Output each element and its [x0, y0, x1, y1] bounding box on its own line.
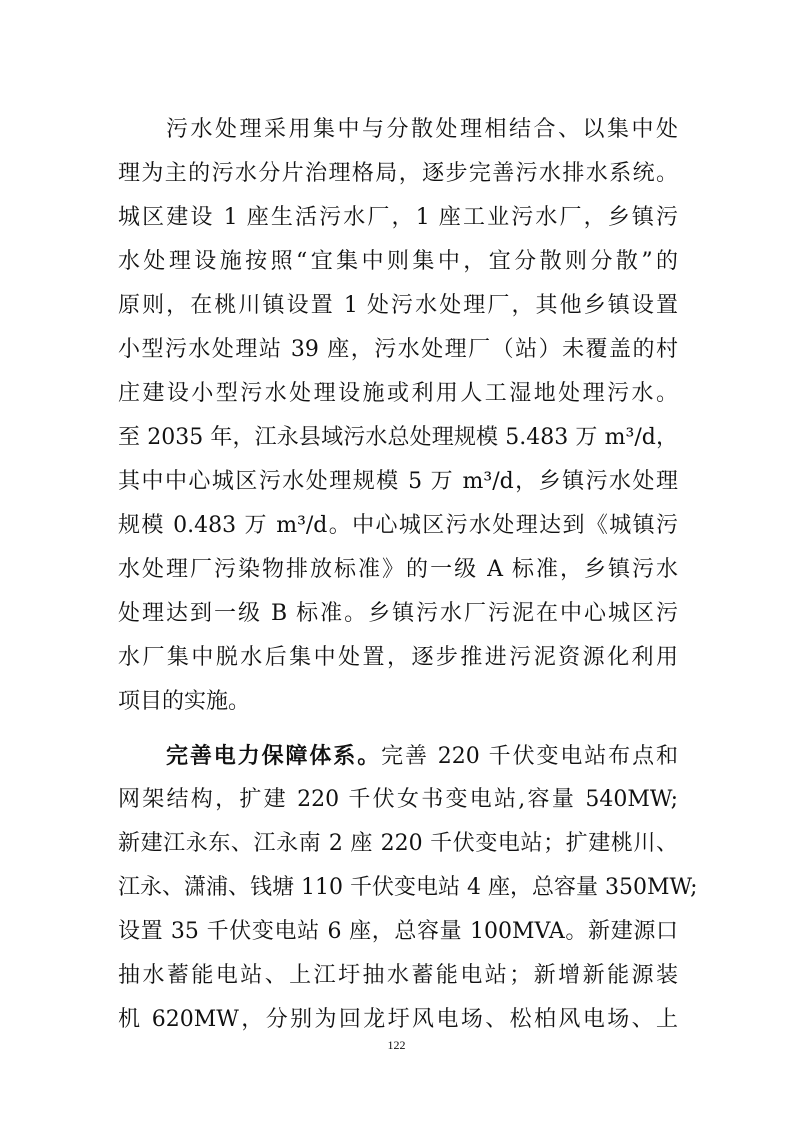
paragraph-sewage-line-13: 水厂集中脱水后集中处置，逐步推进污泥资源化利用 — [118, 638, 678, 678]
paragraph-sewage-line-10: 规模 0.483 万 m³/d。中心城区污水处理达到《城镇污 — [118, 506, 678, 546]
paragraph-power-line-2: 网架结构，扩建 220 千伏女书变电站,容量 540MW; — [118, 780, 678, 820]
paragraph-sewage-line-4: 水处理设施按照“宜集中则集中，宜分散则分散”的 — [118, 242, 678, 282]
paragraph-sewage-line-2: 理为主的污水分片治理格局，逐步完善污水排水系统。 — [118, 154, 678, 194]
page-number: 122 — [0, 1038, 793, 1053]
paragraph-sewage-line-3: 城区建设 1 座生活污水厂，1 座工业污水厂，乡镇污 — [118, 198, 678, 238]
paragraph-power-line-4: 江永、潇浦、钱塘 110 千伏变电站 4 座，总容量 350MW; — [118, 868, 678, 908]
paragraph-sewage-line-11: 水处理厂污染物排放标准》的一级 A 标准，乡镇污水 — [118, 550, 678, 590]
paragraph-sewage-line-14: 项目的实施。 — [118, 682, 678, 722]
paragraph-sewage-line-8: 至 2035 年，江永县域污水总处理规模 5.483 万 m³/d， — [118, 418, 678, 458]
paragraph-sewage-line-7: 庄建设小型污水处理设施或利用人工湿地处理污水。 — [118, 374, 678, 414]
section-heading-power: 完善电力保障体系。 — [166, 743, 381, 769]
paragraph-sewage-line-5: 原则，在桃川镇设置 1 处污水处理厂，其他乡镇设置 — [118, 286, 678, 326]
document-page: 污水处理采用集中与分散处理相结合、以集中处 理为主的污水分片治理格局，逐步完善污… — [0, 0, 793, 1122]
paragraph-sewage-line-6: 小型污水处理站 39 座，污水处理厂（站）未覆盖的村 — [118, 330, 678, 370]
paragraph-sewage-line-9: 其中中心城区污水处理规模 5 万 m³/d，乡镇污水处理 — [118, 462, 678, 502]
paragraph-power-line-5: 设置 35 千伏变电站 6 座，总容量 100MVA。新建源口 — [118, 912, 678, 952]
paragraph-power-line-1-text: 完善 220 千伏变电站布点和 — [381, 744, 678, 769]
paragraph-sewage-line-1: 污水处理采用集中与分散处理相结合、以集中处 — [166, 110, 678, 150]
paragraph-power-line-6: 抽水蓄能电站、上江圩抽水蓄能电站；新增新能源装 — [118, 956, 678, 996]
paragraph-power-line-3: 新建江永东、江永南 2 座 220 千伏变电站；扩建桃川、 — [118, 824, 678, 864]
paragraph-sewage-line-12: 处理达到一级 B 标准。乡镇污水厂污泥在中心城区污 — [118, 594, 678, 634]
paragraph-power-line-7: 机 620MW，分别为回龙圩风电场、松柏风电场、上 — [118, 1000, 678, 1040]
paragraph-power-line-1: 完善电力保障体系。完善 220 千伏变电站布点和 — [166, 736, 678, 776]
